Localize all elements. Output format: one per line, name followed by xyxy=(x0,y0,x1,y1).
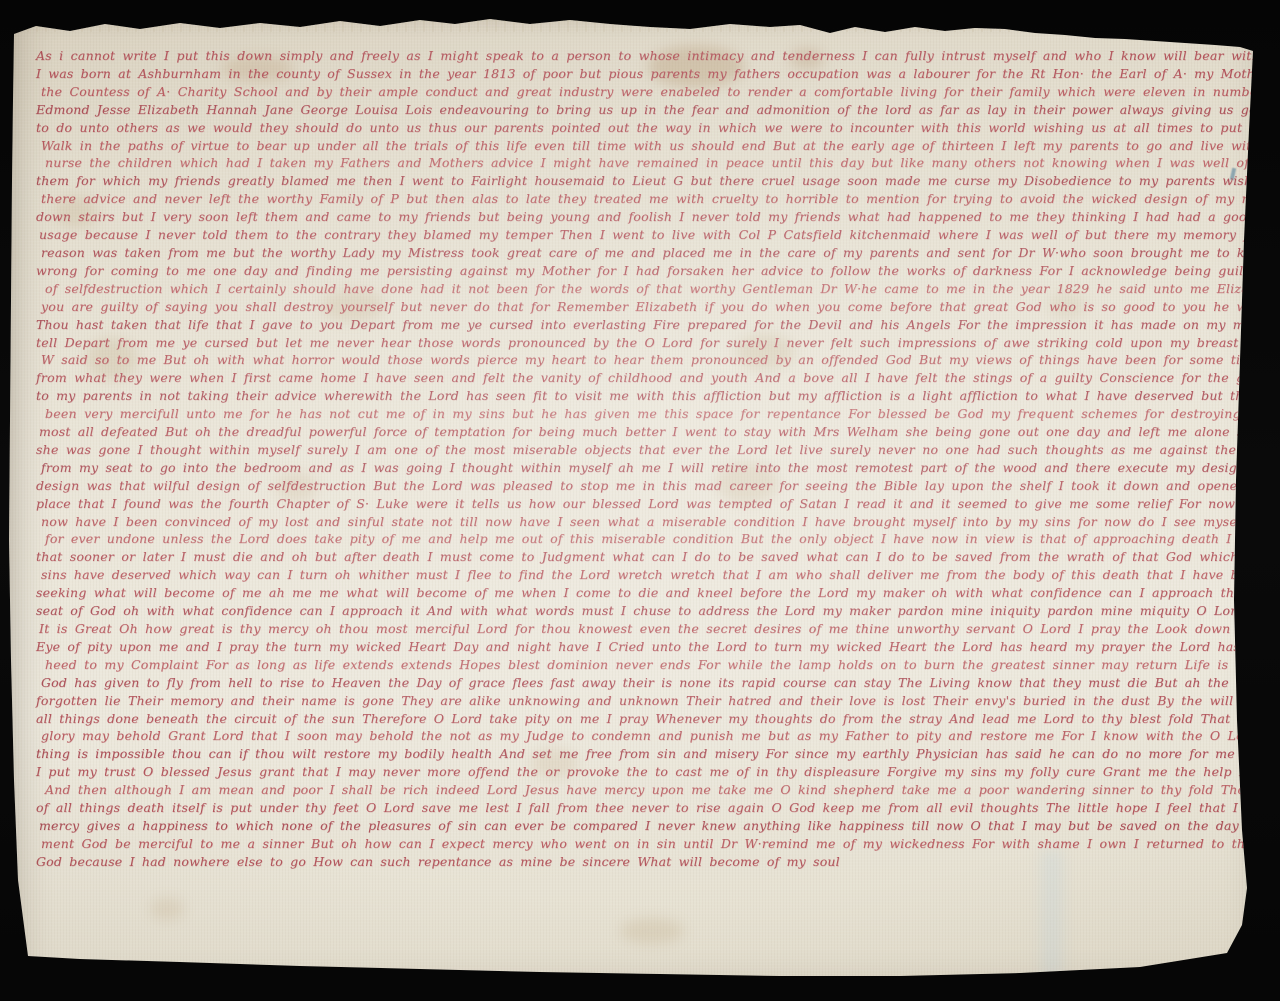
sampler-cloth: As i cannot write I put this down simply… xyxy=(0,0,1280,1001)
photograph-background: As i cannot write I put this down simply… xyxy=(0,0,1280,1001)
fabric-shading xyxy=(0,0,1280,1001)
